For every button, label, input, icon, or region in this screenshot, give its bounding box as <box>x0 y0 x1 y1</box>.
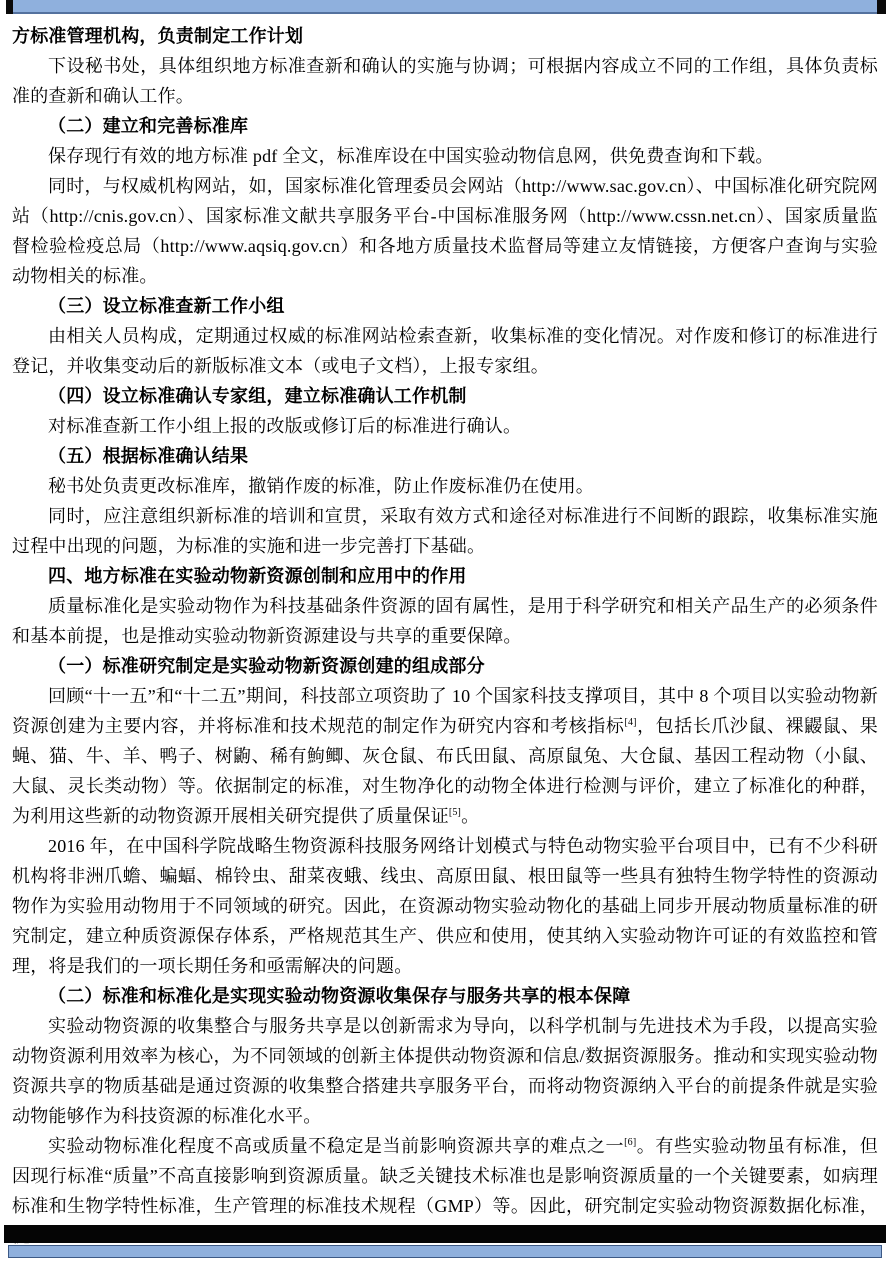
paragraph: 下设秘书处，具体组织地方标准查新和确认的实施与协调；可根据内容成立不同的工作组，… <box>12 51 878 111</box>
paragraph: 秘书处负责更改标准库，撤销作废的标准，防止作废标准仍在使用。 <box>12 471 878 501</box>
paragraph: 由相关人员构成，定期通过权威的标准网站检索查新，收集标准的变化情况。对作废和修订… <box>12 321 878 381</box>
paragraph: 保存现行有效的地方标准 pdf 全文，标准库设在中国实验动物信息网，供免费查询和… <box>12 141 878 171</box>
section-heading: 方标准管理机构，负责制定工作计划 <box>12 21 878 51</box>
paragraph: 实验动物资源的收集整合与服务共享是以创新需求为导向，以科学机制与先进技术为手段，… <box>12 1011 878 1131</box>
section-heading: （五）根据标准确认结果 <box>12 441 878 471</box>
paragraph: 同时，应注意组织新标准的培训和宣贯，采取有效方式和途径对标准进行不间断的跟踪，收… <box>12 501 878 561</box>
paragraph: 对标准查新工作小组上报的改版或修订后的标准进行确认。 <box>12 411 878 441</box>
top-accent-bar <box>13 0 877 14</box>
paragraph: 同时，与权威机构网站，如，国家标准化管理委员会网站（http://www.sac… <box>12 171 878 291</box>
paragraph: 质量标准化是实验动物作为科技基础条件资源的固有属性，是用于科学研究和相关产品生产… <box>12 591 878 651</box>
section-heading: （一）标准研究制定是实验动物新资源创建的组成部分 <box>12 651 878 681</box>
section-heading: 四、地方标准在实验动物新资源创制和应用中的作用 <box>12 561 878 591</box>
reference-superscript: [5] <box>449 807 461 818</box>
section-heading: （二）建立和完善标准库 <box>12 111 878 141</box>
section-heading: （三）设立标准查新工作小组 <box>12 291 878 321</box>
reference-superscript: [4] <box>624 717 636 728</box>
page-frame-top-left-strip <box>6 0 13 14</box>
page-frame-top-right-strip <box>877 0 886 14</box>
bottom-frame-bar <box>4 1225 886 1243</box>
bottom-accent-bar <box>8 1245 882 1258</box>
paragraph: 2016 年，在中国科学院战略生物资源科技服务网络计划模式与特色动物实验平台项目… <box>12 831 878 981</box>
paragraph: 回顾“十一五”和“十二五”期间，科技部立项资助了 10 个国家科技支撑项目，其中… <box>12 681 878 831</box>
document-page: 方标准管理机构，负责制定工作计划下设秘书处，具体组织地方标准查新和确认的实施与协… <box>0 0 890 1271</box>
reference-superscript: [6] <box>624 1137 636 1148</box>
document-body: 方标准管理机构，负责制定工作计划下设秘书处，具体组织地方标准查新和确认的实施与协… <box>12 21 878 1251</box>
section-heading: （四）设立标准确认专家组，建立标准确认工作机制 <box>12 381 878 411</box>
section-heading: （二）标准和标准化是实现实验动物资源收集保存与服务共享的根本保障 <box>12 981 878 1011</box>
